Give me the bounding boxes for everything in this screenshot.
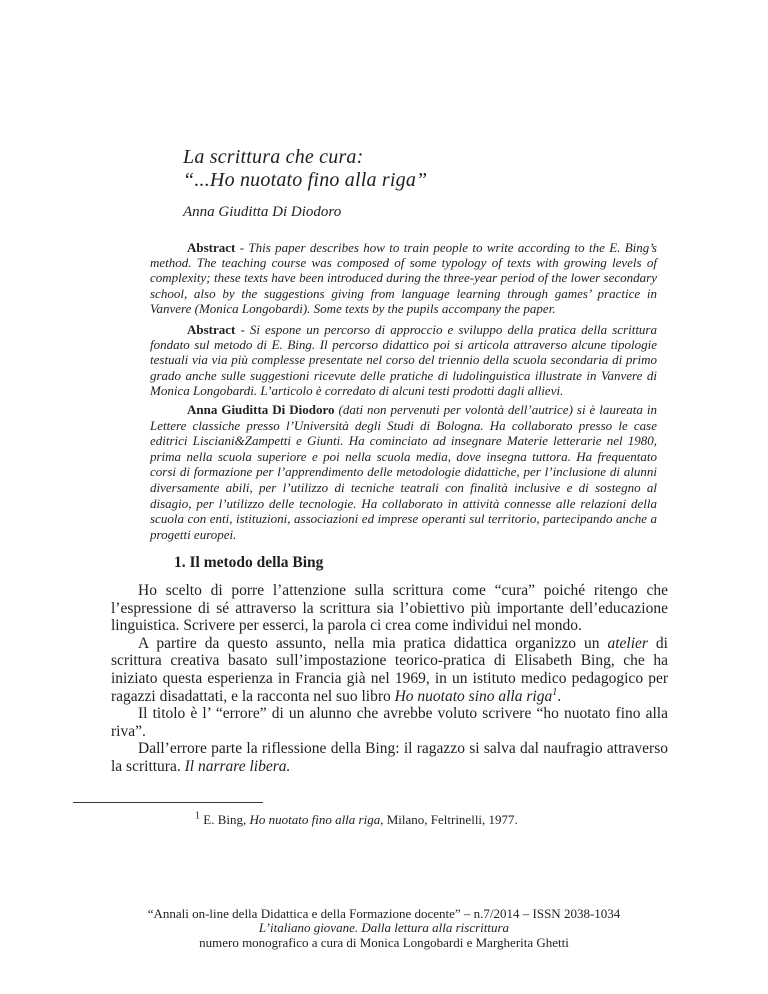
abstract-italian-paragraph: Abstract - Si espone un percorso di appr… (150, 322, 657, 398)
author-bio-name: Anna Giuditta Di Diodoro (187, 402, 335, 417)
document-page: La scrittura che cura: “...Ho nuotato fi… (0, 0, 768, 994)
paragraph-2-italic-atelier: atelier (607, 635, 647, 652)
abstract-italian-separator: - (235, 322, 249, 337)
footer-issue-title: L’italiano giovane. Dalla lettura alla r… (0, 921, 768, 935)
footer-journal-line: “Annali on-line della Didattica e della … (0, 907, 768, 921)
author-bio: Anna Giuditta Di Diodoro (dati non perve… (150, 402, 657, 542)
abstract-english-separator: - (235, 240, 248, 255)
page-footer: “Annali on-line della Didattica e della … (0, 907, 768, 950)
paragraph-4: Dall’errore parte la riflessione della B… (111, 740, 668, 775)
title-line-1: La scrittura che cura: (183, 146, 427, 169)
section-heading: 1. Il metodo della Bing (174, 554, 323, 572)
title-line-2: “...Ho nuotato fino alla riga” (183, 169, 427, 192)
footnote-text: E. Bing, (200, 812, 249, 827)
paragraph-3: Il titolo è l’ “errore” di un alunno che… (111, 705, 668, 740)
abstract-english-label: Abstract (187, 240, 235, 255)
footnote-1: 1 E. Bing, Ho nuotato fino alla riga, Mi… (195, 812, 668, 827)
article-body: Ho scelto di porre l’attenzione sulla sc… (111, 582, 668, 776)
author-bio-paragraph: Anna Giuditta Di Diodoro (dati non perve… (150, 402, 657, 542)
author-bio-text: (dati non pervenuti per volontà dell’aut… (150, 402, 657, 542)
paragraph-2-book-title: Ho nuotato sino alla riga (395, 688, 553, 705)
paragraph-2: A partire da questo assunto, nella mia p… (111, 635, 668, 705)
abstract-english-paragraph: Abstract - This paper describes how to t… (150, 240, 657, 316)
abstract-italian: Abstract - Si espone un percorso di appr… (150, 322, 657, 398)
footnote-separator-rule (73, 802, 263, 803)
author-name: Anna Giuditta Di Diodoro (183, 204, 341, 221)
footnote-book-title: Ho nuotato fino alla riga (249, 812, 380, 827)
abstract-italian-label: Abstract (187, 322, 235, 337)
abstract-english: Abstract - This paper describes how to t… (150, 240, 657, 316)
footer-editors-line: numero monografico a cura di Monica Long… (0, 936, 768, 950)
paragraph-1: Ho scelto di porre l’attenzione sulla sc… (111, 582, 668, 635)
paragraph-2-period: . (557, 688, 561, 705)
paragraph-2-text: A partire da questo assunto, nella mia p… (138, 635, 607, 652)
article-title: La scrittura che cura: “...Ho nuotato fi… (183, 146, 427, 192)
paragraph-4-italic-phrase: Il narrare libera. (185, 758, 291, 775)
footnote-text-continued: , Milano, Feltrinelli, 1977. (380, 812, 518, 827)
